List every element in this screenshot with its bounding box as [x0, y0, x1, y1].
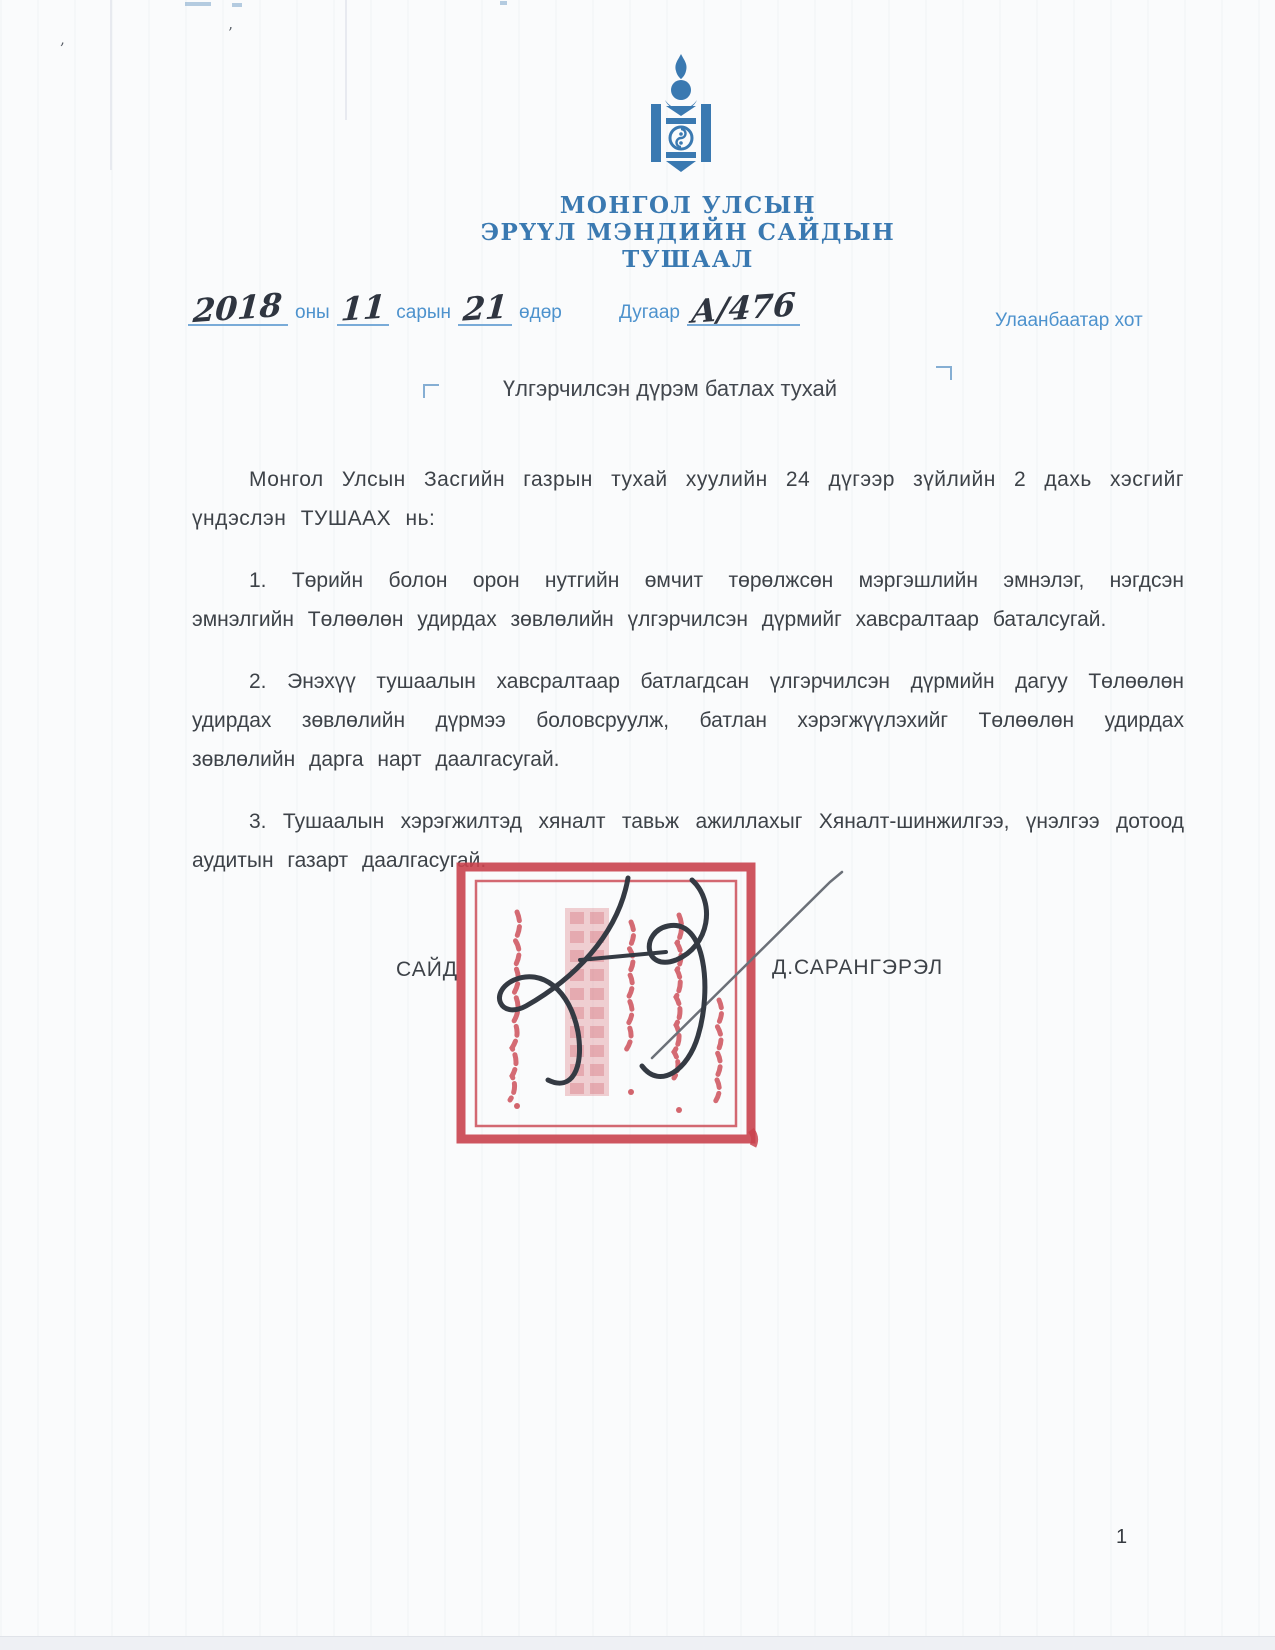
city-label: Улаанбаатар хот [995, 310, 1143, 332]
scan-artifact [185, 2, 211, 6]
date-line: 2018 оны 11 сарын 21 өдөр [188, 293, 569, 326]
intro-paragraph: Монгол Улсын Засгийн газрын тухай хуулий… [192, 460, 1184, 538]
clause-1: 1. Төрийн болон орон нутгийн өмчит төрөл… [192, 561, 1184, 639]
scan-artifact [500, 1, 507, 5]
document-body: Монгол Улсын Засгийн газрын тухай хуулий… [192, 460, 1184, 903]
scanned-document-page: ‚ ’ МОНГОЛ УЛСЫН ЭР [0, 0, 1275, 1650]
month-field: 11 [337, 293, 390, 326]
scan-fold-line [345, 0, 347, 120]
signer-name: Д.САРАНГЭРЭЛ [772, 956, 943, 980]
number-field: А/476 [687, 293, 800, 326]
document-header: МОНГОЛ УЛСЫН ЭРҮҮЛ МЭНДИЙН САЙДЫН ТУШААЛ [348, 192, 1028, 273]
minister-signature-icon [430, 840, 950, 1145]
handwritten-number: А/476 [690, 289, 796, 327]
header-line-country: МОНГОЛ УЛСЫН [348, 192, 1028, 219]
scan-artifact [232, 3, 242, 7]
header-line-ministry: ЭРҮҮЛ МЭНДИЙН САЙДЫН [348, 219, 1028, 246]
day-label: өдөр [512, 302, 569, 326]
number-label: Дугаар [612, 302, 687, 326]
scan-fold-line [110, 0, 112, 170]
soyombo-emblem-icon [640, 52, 722, 199]
page-bottom-shadow [0, 1636, 1275, 1650]
year-field: 2018 [188, 293, 288, 326]
month-label: сарын [389, 302, 458, 326]
signer-title: САЙД [396, 958, 458, 982]
document-number-line: Дугаар А/476 [612, 293, 800, 326]
day-field: 21 [458, 293, 512, 326]
clause-2: 2. Энэхүү тушаалын хавсралтаар батлагдса… [192, 662, 1184, 779]
subject-title: Үлгэрчилсэн дүрэм батлах тухай [360, 376, 980, 402]
handwritten-year: 2018 [193, 290, 284, 326]
handwritten-month: 11 [340, 291, 387, 324]
scan-artifact: ‚ [60, 30, 65, 48]
handwritten-day: 21 [462, 291, 509, 324]
year-label: оны [288, 302, 337, 326]
header-line-doc-type: ТУШААЛ [348, 246, 1028, 273]
scan-artifact: ’ [228, 24, 233, 42]
page-number: 1 [1116, 1526, 1127, 1549]
